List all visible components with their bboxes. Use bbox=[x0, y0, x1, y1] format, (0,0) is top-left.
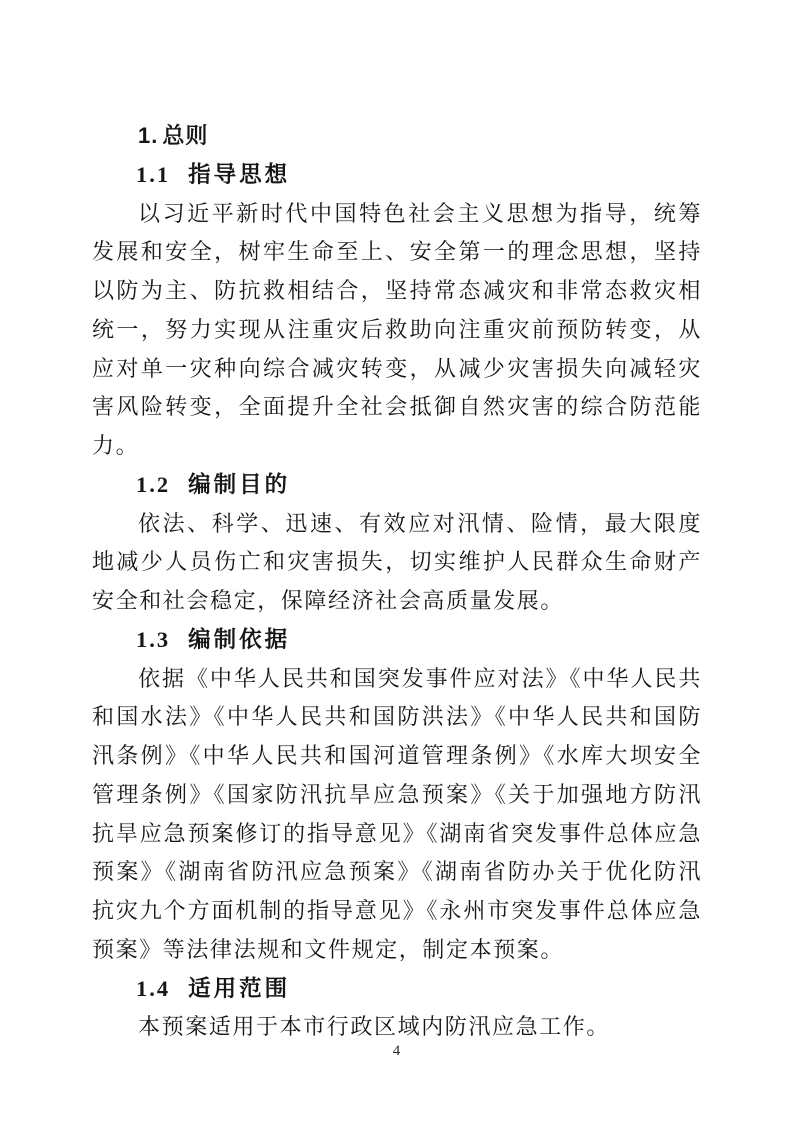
section-title: 适用范围 bbox=[188, 976, 290, 1001]
page-footer: 4 bbox=[0, 1043, 793, 1060]
section-title: 编制依据 bbox=[188, 627, 290, 652]
chapter-heading: 1.总则 bbox=[138, 117, 702, 156]
section-compilation-basis: 1.3编制依据 依据《中华人民共和国突发事件应对法》《中华人民共和国水法》《中华… bbox=[92, 621, 702, 970]
section-heading-1-3: 1.3编制依据 bbox=[136, 621, 702, 660]
section-number: 1.4 bbox=[136, 976, 170, 1001]
paragraph: 本预案适用于本市行政区域内防汛应急工作。 bbox=[92, 1008, 702, 1047]
section-heading-1-2: 1.2编制目的 bbox=[136, 466, 702, 505]
section-number: 1.2 bbox=[136, 472, 170, 497]
section-number: 1.1 bbox=[136, 162, 170, 187]
paragraph: 以习近平新时代中国特色社会主义思想为指导，统筹发展和安全，树牢生命至上、安全第一… bbox=[92, 195, 702, 466]
section-scope-of-application: 1.4适用范围 本预案适用于本市行政区域内防汛应急工作。 bbox=[92, 970, 702, 1048]
section-title: 指导思想 bbox=[188, 162, 290, 187]
paragraph: 依据《中华人民共和国突发事件应对法》《中华人民共和国水法》《中华人民共和国防洪法… bbox=[92, 660, 702, 970]
section-number: 1.3 bbox=[136, 627, 170, 652]
chapter-title: 总则 bbox=[162, 123, 208, 148]
document-body: 1.总则 1.1指导思想 以习近平新时代中国特色社会主义思想为指导，统筹发展和安… bbox=[92, 117, 702, 1047]
paragraph: 依法、科学、迅速、有效应对汛情、险情，最大限度地减少人员伤亡和灾害损失，切实维护… bbox=[92, 505, 702, 621]
section-compilation-purpose: 1.2编制目的 依法、科学、迅速、有效应对汛情、险情，最大限度地减少人员伤亡和灾… bbox=[92, 466, 702, 621]
section-heading-1-4: 1.4适用范围 bbox=[136, 970, 702, 1009]
section-heading-1-1: 1.1指导思想 bbox=[136, 156, 702, 195]
page-number: 4 bbox=[393, 1043, 401, 1059]
chapter-number: 1. bbox=[138, 123, 158, 148]
section-title: 编制目的 bbox=[188, 472, 290, 497]
section-guiding-ideology: 1.1指导思想 以习近平新时代中国特色社会主义思想为指导，统筹发展和安全，树牢生… bbox=[92, 156, 702, 466]
document-page: 1.总则 1.1指导思想 以习近平新时代中国特色社会主义思想为指导，统筹发展和安… bbox=[0, 0, 793, 1121]
